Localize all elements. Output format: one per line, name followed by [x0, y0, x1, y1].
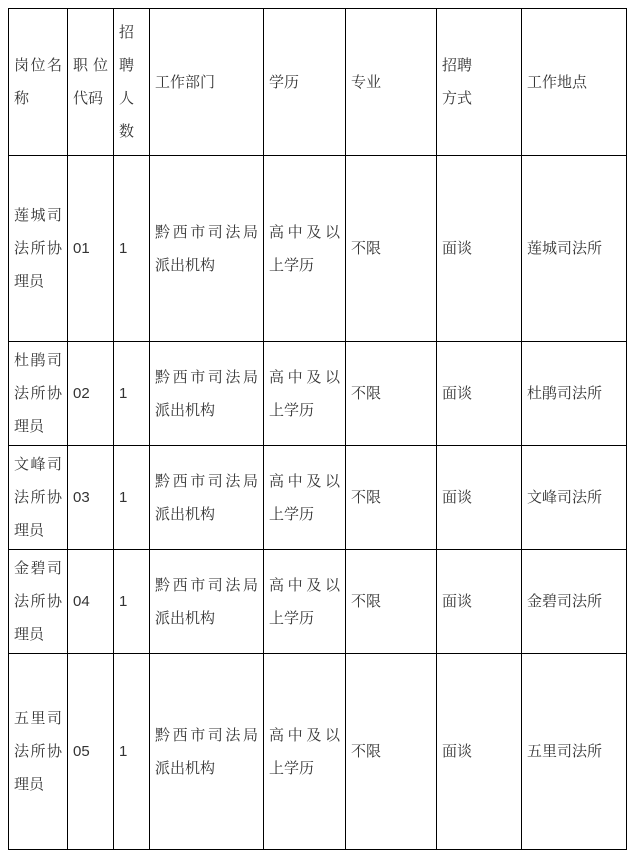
cell-headcount: 1 — [114, 550, 150, 654]
header-code: 职位代码 — [68, 9, 114, 156]
cell-headcount: 1 — [114, 654, 150, 850]
cell-education: 高中及以上学历 — [264, 156, 346, 342]
cell-education: 高中及以上学历 — [264, 654, 346, 850]
header-department: 工作部门 — [150, 9, 264, 156]
cell-method: 面谈 — [437, 342, 522, 446]
table-row: 杜鹃司法所协理员 02 1 黔西市司法局派出机构 高中及以上学历 不限 面谈 杜… — [9, 342, 627, 446]
cell-major: 不限 — [346, 654, 437, 850]
cell-department: 黔西市司法局派出机构 — [150, 550, 264, 654]
cell-headcount: 1 — [114, 156, 150, 342]
cell-position: 五里司法所协理员 — [9, 654, 68, 850]
cell-method: 面谈 — [437, 156, 522, 342]
cell-major: 不限 — [346, 156, 437, 342]
header-major: 专业 — [346, 9, 437, 156]
cell-location: 杜鹃司法所 — [522, 342, 627, 446]
table-row: 文峰司法所协理员 03 1 黔西市司法局派出机构 高中及以上学历 不限 面谈 文… — [9, 446, 627, 550]
cell-major: 不限 — [346, 446, 437, 550]
header-position: 岗位名称 — [9, 9, 68, 156]
cell-department: 黔西市司法局派出机构 — [150, 156, 264, 342]
cell-position: 莲城司法所协理员 — [9, 156, 68, 342]
cell-location: 金碧司法所 — [522, 550, 627, 654]
cell-major: 不限 — [346, 550, 437, 654]
cell-education: 高中及以上学历 — [264, 550, 346, 654]
cell-major: 不限 — [346, 342, 437, 446]
cell-position: 文峰司法所协理员 — [9, 446, 68, 550]
table-header-row: 岗位名称 职位代码 招聘人数 工作部门 学历 专业 招聘 方式 工作地点 — [9, 9, 627, 156]
header-education: 学历 — [264, 9, 346, 156]
cell-position: 杜鹃司法所协理员 — [9, 342, 68, 446]
cell-method: 面谈 — [437, 654, 522, 850]
cell-location: 五里司法所 — [522, 654, 627, 850]
page: 岗位名称 职位代码 招聘人数 工作部门 学历 专业 招聘 方式 工作地点 莲城司… — [0, 0, 630, 853]
recruitment-table: 岗位名称 职位代码 招聘人数 工作部门 学历 专业 招聘 方式 工作地点 莲城司… — [8, 8, 627, 850]
cell-department: 黔西市司法局派出机构 — [150, 446, 264, 550]
cell-method: 面谈 — [437, 446, 522, 550]
cell-department: 黔西市司法局派出机构 — [150, 654, 264, 850]
header-location: 工作地点 — [522, 9, 627, 156]
cell-code: 02 — [68, 342, 114, 446]
cell-location: 文峰司法所 — [522, 446, 627, 550]
table-row: 金碧司法所协理员 04 1 黔西市司法局派出机构 高中及以上学历 不限 面谈 金… — [9, 550, 627, 654]
cell-code: 01 — [68, 156, 114, 342]
cell-headcount: 1 — [114, 446, 150, 550]
table-row: 五里司法所协理员 05 1 黔西市司法局派出机构 高中及以上学历 不限 面谈 五… — [9, 654, 627, 850]
cell-position: 金碧司法所协理员 — [9, 550, 68, 654]
cell-code: 03 — [68, 446, 114, 550]
cell-location: 莲城司法所 — [522, 156, 627, 342]
table-row: 莲城司法所协理员 01 1 黔西市司法局派出机构 高中及以上学历 不限 面谈 莲… — [9, 156, 627, 342]
header-headcount: 招聘人数 — [114, 9, 150, 156]
cell-education: 高中及以上学历 — [264, 342, 346, 446]
cell-headcount: 1 — [114, 342, 150, 446]
cell-education: 高中及以上学历 — [264, 446, 346, 550]
cell-code: 04 — [68, 550, 114, 654]
header-method: 招聘 方式 — [437, 9, 522, 156]
cell-department: 黔西市司法局派出机构 — [150, 342, 264, 446]
cell-code: 05 — [68, 654, 114, 850]
cell-method: 面谈 — [437, 550, 522, 654]
